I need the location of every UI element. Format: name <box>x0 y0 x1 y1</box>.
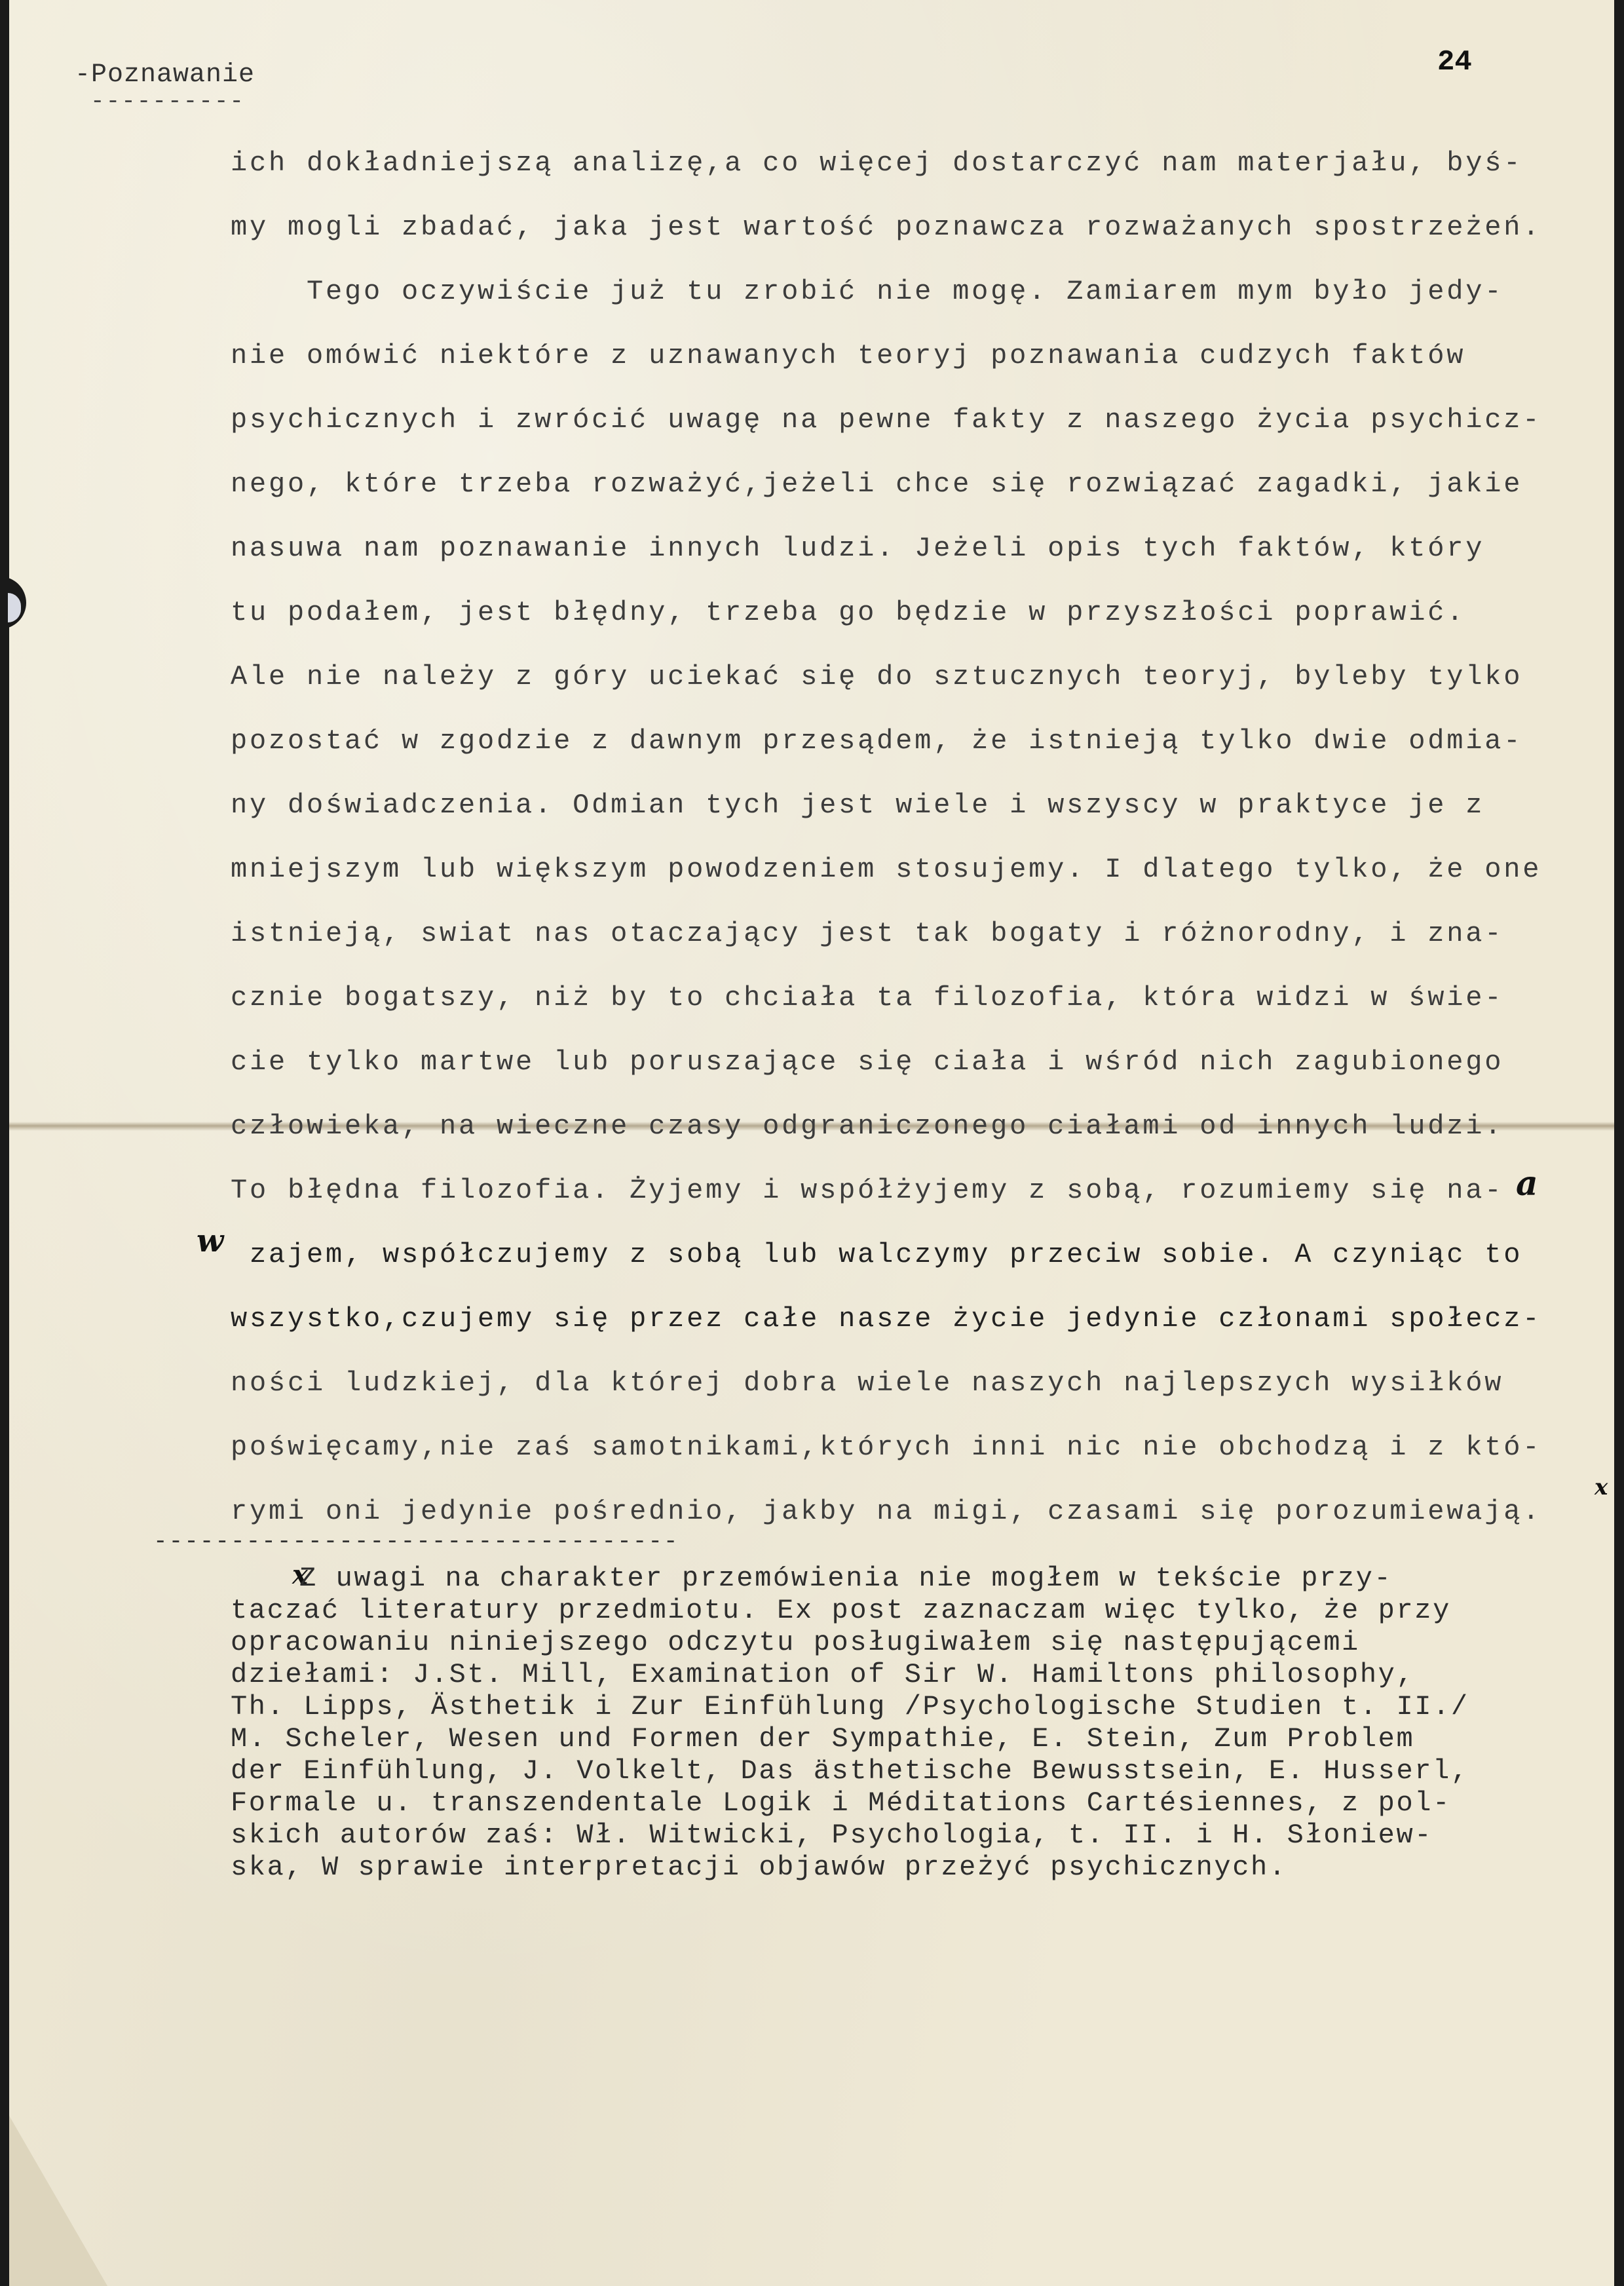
footnote-line: Formale u. transzendentale Logik i Médit… <box>231 1787 1619 1819</box>
footnote-separator: ---------------------------------- <box>153 1528 679 1555</box>
handwritten-correction-a: a <box>1516 1164 1538 1204</box>
running-header-title: -Poznawanie <box>75 60 255 90</box>
footnote-line: opracowaniu niniejszego odczytu posługiw… <box>231 1627 1619 1659</box>
page-number: 24 <box>1437 46 1472 79</box>
footnote-line: skich autorów zaś: Wł. Witwicki, Psychol… <box>231 1819 1619 1852</box>
text-line: ny doświadczenia. Odmian tych jest wiele… <box>231 773 1619 837</box>
footnote-line: der Einfühlung, J. Volkelt, Das ästhetis… <box>231 1755 1619 1787</box>
text-line: my mogli zbadać, jaka jest wartość pozna… <box>231 195 1619 259</box>
text-line: nie omówić niektóre z uznawanych teoryj … <box>231 324 1619 388</box>
footnote-reference-mark: x <box>1595 1474 1608 1500</box>
text-line: mniejszym lub większym powodzeniem stosu… <box>231 837 1619 902</box>
text-line: zajem, współczujemy z sobą lub walczymy … <box>231 1223 1619 1287</box>
document-page: -Poznawanie ---------- 24 ich dokładniej… <box>9 0 1614 2286</box>
text-line: ich dokładniejszą analizę,a co więcej do… <box>231 131 1619 195</box>
header-underline: ---------- <box>90 88 245 115</box>
text-line: cznie bogatszy, niż by to chciała ta fil… <box>231 966 1619 1030</box>
footnote-line: taczać literatury przedmiotu. Ex post za… <box>231 1595 1619 1627</box>
text-line: Tego oczywiście już tu zrobić nie mogę. … <box>231 259 1619 324</box>
handwritten-margin-w: w <box>197 1223 223 1259</box>
footnote-line: M. Scheler, Wesen und Formen der Sympath… <box>231 1723 1619 1755</box>
text-line: tu podałem, jest błędny, trzeba go będzi… <box>231 581 1619 645</box>
text-line: psychicznych i zwrócić uwagę na pewne fa… <box>231 388 1619 452</box>
text-line: ności ludzkiej, dla której dobra wiele n… <box>231 1351 1619 1415</box>
text-line: wszystko,czujemy się przez całe nasze ży… <box>231 1287 1619 1351</box>
text-line: Ale nie należy z góry uciekać się do szt… <box>231 645 1619 709</box>
text-line: człowieka, na wieczne czasy odgraniczone… <box>231 1094 1619 1158</box>
text-line: istnieją, swiat nas otaczający jest tak … <box>231 902 1619 966</box>
text-line: poświęcamy,nie zaś samotnikami,których i… <box>231 1415 1619 1479</box>
footnote-line: dziełami: J.St. Mill, Examination of Sir… <box>231 1659 1619 1691</box>
body-text: ich dokładniejszą analizę,a co więcej do… <box>231 131 1619 1544</box>
text-line: cie tylko martwe lub poruszające się cia… <box>231 1030 1619 1094</box>
footnote-line: Z uwagi na charakter przemówienia nie mo… <box>231 1563 1619 1595</box>
footnote-line: Th. Lipps, Ästhetik i Zur Einfühlung /Ps… <box>231 1691 1619 1723</box>
text-line: nego, które trzeba rozważyć,jeżeli chce … <box>231 452 1619 516</box>
text-line: pozostać w zgodzie z dawnym przesądem, ż… <box>231 709 1619 773</box>
footnote-line: ska, W sprawie interpretacji objawów prz… <box>231 1852 1619 1884</box>
folded-corner <box>9 2116 107 2286</box>
footnote: Z uwagi na charakter przemówienia nie mo… <box>231 1563 1619 1884</box>
text-line: nasuwa nam poznawanie innych ludzi. Jeże… <box>231 516 1619 581</box>
text-line: To błędna filozofia. Żyjemy i współżyjem… <box>231 1158 1619 1223</box>
